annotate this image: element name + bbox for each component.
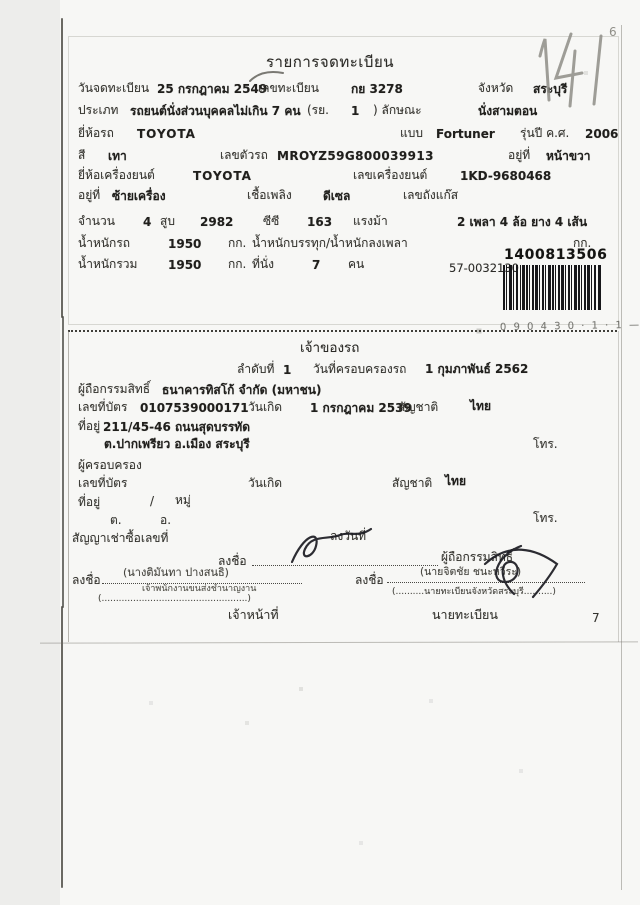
sequence-label: ลำดับที่ bbox=[237, 363, 274, 375]
phone-label: โทร. bbox=[533, 438, 558, 450]
engine-no-label: เลขเครื่องยนต์ bbox=[353, 169, 427, 181]
ry-close-characteristic-label: ) ลักษณะ bbox=[373, 104, 422, 116]
cylinder-unit: สูบ bbox=[160, 215, 175, 227]
amphoe-label: อ. bbox=[160, 514, 171, 526]
card-no-value: 0107539000171 bbox=[140, 402, 249, 414]
gross-weight-label: น้ำหนักรวม bbox=[78, 258, 137, 270]
possession-date-value: 1 กุมภาพันธ์ 2562 bbox=[425, 363, 528, 375]
fuel-label: เชื้อเพลิง bbox=[247, 189, 292, 201]
ry-open: (รย. bbox=[307, 104, 329, 116]
scan-noise-speckles bbox=[0, 0, 2, 2]
year-value: 2006 bbox=[585, 128, 618, 140]
reg-date-value: 25 กรกฎาคม 2549 bbox=[157, 83, 267, 95]
brand-label: ยี่ห้อรถ bbox=[78, 127, 114, 139]
page-right-edge bbox=[621, 25, 622, 890]
page-edge-line bbox=[61, 606, 63, 888]
cylinder-count-value: 4 bbox=[143, 216, 151, 228]
color-value: เทา bbox=[108, 150, 127, 162]
possession-date-label: วันที่ครอบครองรถ bbox=[313, 363, 406, 375]
page-edge-line bbox=[61, 18, 63, 318]
chassis-position-value: หน้าขวา bbox=[546, 150, 591, 162]
plate-value: กย 3278 bbox=[351, 83, 403, 95]
holder-label: ผู้ถือกรรมสิทธิ์ bbox=[78, 383, 150, 395]
cc-unit: ซีซี bbox=[263, 215, 279, 227]
handwritten-corner-digit: 6 bbox=[609, 25, 617, 39]
barcode-number: 1400813506 bbox=[504, 248, 607, 262]
seat-unit: คน bbox=[348, 258, 364, 270]
holder-value: ธนาคารทิสโก้ จำกัด (มหาชน) bbox=[162, 384, 321, 396]
sign-label-right: ลงชื่อ bbox=[355, 574, 384, 586]
page-edge-line bbox=[62, 316, 64, 608]
moo-label: หมู่ bbox=[175, 494, 191, 506]
officer-name-stamp: (นางติมันทา ปางสนธิ) bbox=[123, 567, 229, 578]
load-weight-label: น้ำหนักบรรทุก/น้ำหนักลงเพลา bbox=[252, 237, 408, 249]
ry-value: 1 bbox=[351, 105, 359, 117]
address-slash: / bbox=[150, 495, 154, 507]
model-value: Fortuner bbox=[436, 128, 495, 140]
fuel-value: ดีเซล bbox=[323, 190, 350, 202]
address-line1: 211/45-46 ถนนสุดบรรทัด bbox=[103, 421, 250, 433]
cc-value: 2982 bbox=[200, 216, 233, 228]
card-no-label: เลขที่บัตร bbox=[78, 401, 127, 413]
brand-value: TOYOTA bbox=[137, 128, 196, 140]
possessor-nationality-value: ไทย bbox=[445, 475, 466, 487]
gross-weight-value: 1950 bbox=[168, 259, 201, 271]
color-label: สี bbox=[78, 149, 85, 161]
signature-officer bbox=[286, 526, 374, 568]
handwritten-141-mark: 6 bbox=[533, 24, 623, 110]
sign-label-left: ลงชื่อ bbox=[72, 574, 101, 586]
year-label: รุ่นปี ค.ศ. bbox=[520, 127, 569, 139]
kg-unit-1: กก. bbox=[228, 237, 246, 249]
hp-value: 163 bbox=[307, 216, 332, 228]
hire-purchase-label: สัญญาเช่าซื้อเลขที่ bbox=[72, 532, 168, 544]
chassis-label: เลขตัวรถ bbox=[220, 149, 268, 161]
chassis-position-label: อยู่ที่ bbox=[508, 149, 530, 161]
officer-paren-line: (.......................................… bbox=[98, 595, 251, 604]
seat-count-value: 7 bbox=[312, 259, 320, 271]
gas-tank-label: เลขถังแก๊ส bbox=[403, 189, 458, 201]
registrar-label: นายทะเบียน bbox=[432, 609, 498, 622]
province-label: จังหวัด bbox=[478, 82, 513, 94]
scanned-registration-document: รายการจดทะเบียน วันจดทะเบียน 25 กรกฎาคม … bbox=[0, 0, 640, 905]
model-label: แบบ bbox=[400, 127, 423, 139]
seat-label: ที่นั่ง bbox=[252, 258, 274, 270]
engine-brand-label: ยี่ห้อเครื่องยนต์ bbox=[78, 169, 155, 181]
sequence-value: 1 bbox=[283, 364, 291, 376]
birth-date-value: 1 กรกฎาคม 2539 bbox=[310, 402, 412, 414]
engine-position-label: อยู่ที่ bbox=[78, 189, 100, 201]
scan-left-margin bbox=[0, 0, 60, 905]
nationality-label: สัญชาติ bbox=[398, 401, 438, 413]
possessor-nationality-label: สัญชาติ bbox=[392, 477, 432, 489]
kg-unit-3: กก. bbox=[228, 258, 246, 270]
type-value: รถยนต์นั่งส่วนบุคคลไม่เกิน 7 คน bbox=[130, 105, 301, 117]
possessor-phone-label: โทร. bbox=[533, 512, 558, 524]
tambon-label: ต. bbox=[110, 514, 122, 526]
possessor-birth-label: วันเกิด bbox=[248, 477, 282, 489]
possessor-card-label: เลขที่บัตร bbox=[78, 477, 127, 489]
owner-title: เจ้าของรถ bbox=[300, 342, 359, 356]
reg-date-label: วันจดทะเบียน bbox=[78, 82, 149, 94]
chassis-value: MROYZ59G800039913 bbox=[277, 150, 434, 162]
possessor-label: ผู้ครอบครอง bbox=[78, 459, 142, 471]
body-style-value: นั่งสามตอน bbox=[478, 105, 537, 117]
hp-unit: แรงม้า bbox=[353, 215, 388, 227]
page-number: 7 bbox=[592, 612, 600, 624]
address-label: ที่อยู่ bbox=[78, 420, 100, 432]
vehicle-weight-value: 1950 bbox=[168, 238, 201, 250]
signature-registrar bbox=[477, 540, 565, 600]
engine-brand-value: TOYOTA bbox=[193, 170, 252, 182]
owner-box-bottom-line bbox=[40, 641, 638, 643]
birth-date-label: วันเกิด bbox=[248, 401, 282, 413]
axle-wheel-tyre-value: 2 เพลา 4 ล้อ ยาง 4 เส้น bbox=[457, 216, 587, 228]
type-label: ประเภท bbox=[78, 104, 118, 116]
barcode bbox=[503, 265, 603, 310]
handwritten-tick-over-date bbox=[248, 68, 286, 84]
officer-label: เจ้าหน้าที่ bbox=[228, 609, 279, 622]
vehicle-weight-label: น้ำหนักรถ bbox=[78, 237, 130, 249]
cylinder-count-label: จำนวน bbox=[78, 215, 115, 227]
possessor-address-label: ที่อยู่ bbox=[78, 496, 100, 508]
engine-position-value: ซ้ายเครื่อง bbox=[112, 190, 166, 202]
address-line2: ต.ปากเพรียว อ.เมือง สระบุรี bbox=[104, 438, 250, 450]
nationality-value: ไทย bbox=[470, 400, 491, 412]
officer-role-stamp: เจ้าพนักงานขนส่งชำนาญงาน bbox=[142, 585, 256, 594]
engine-no-value: 1KD-9680468 bbox=[460, 170, 551, 182]
